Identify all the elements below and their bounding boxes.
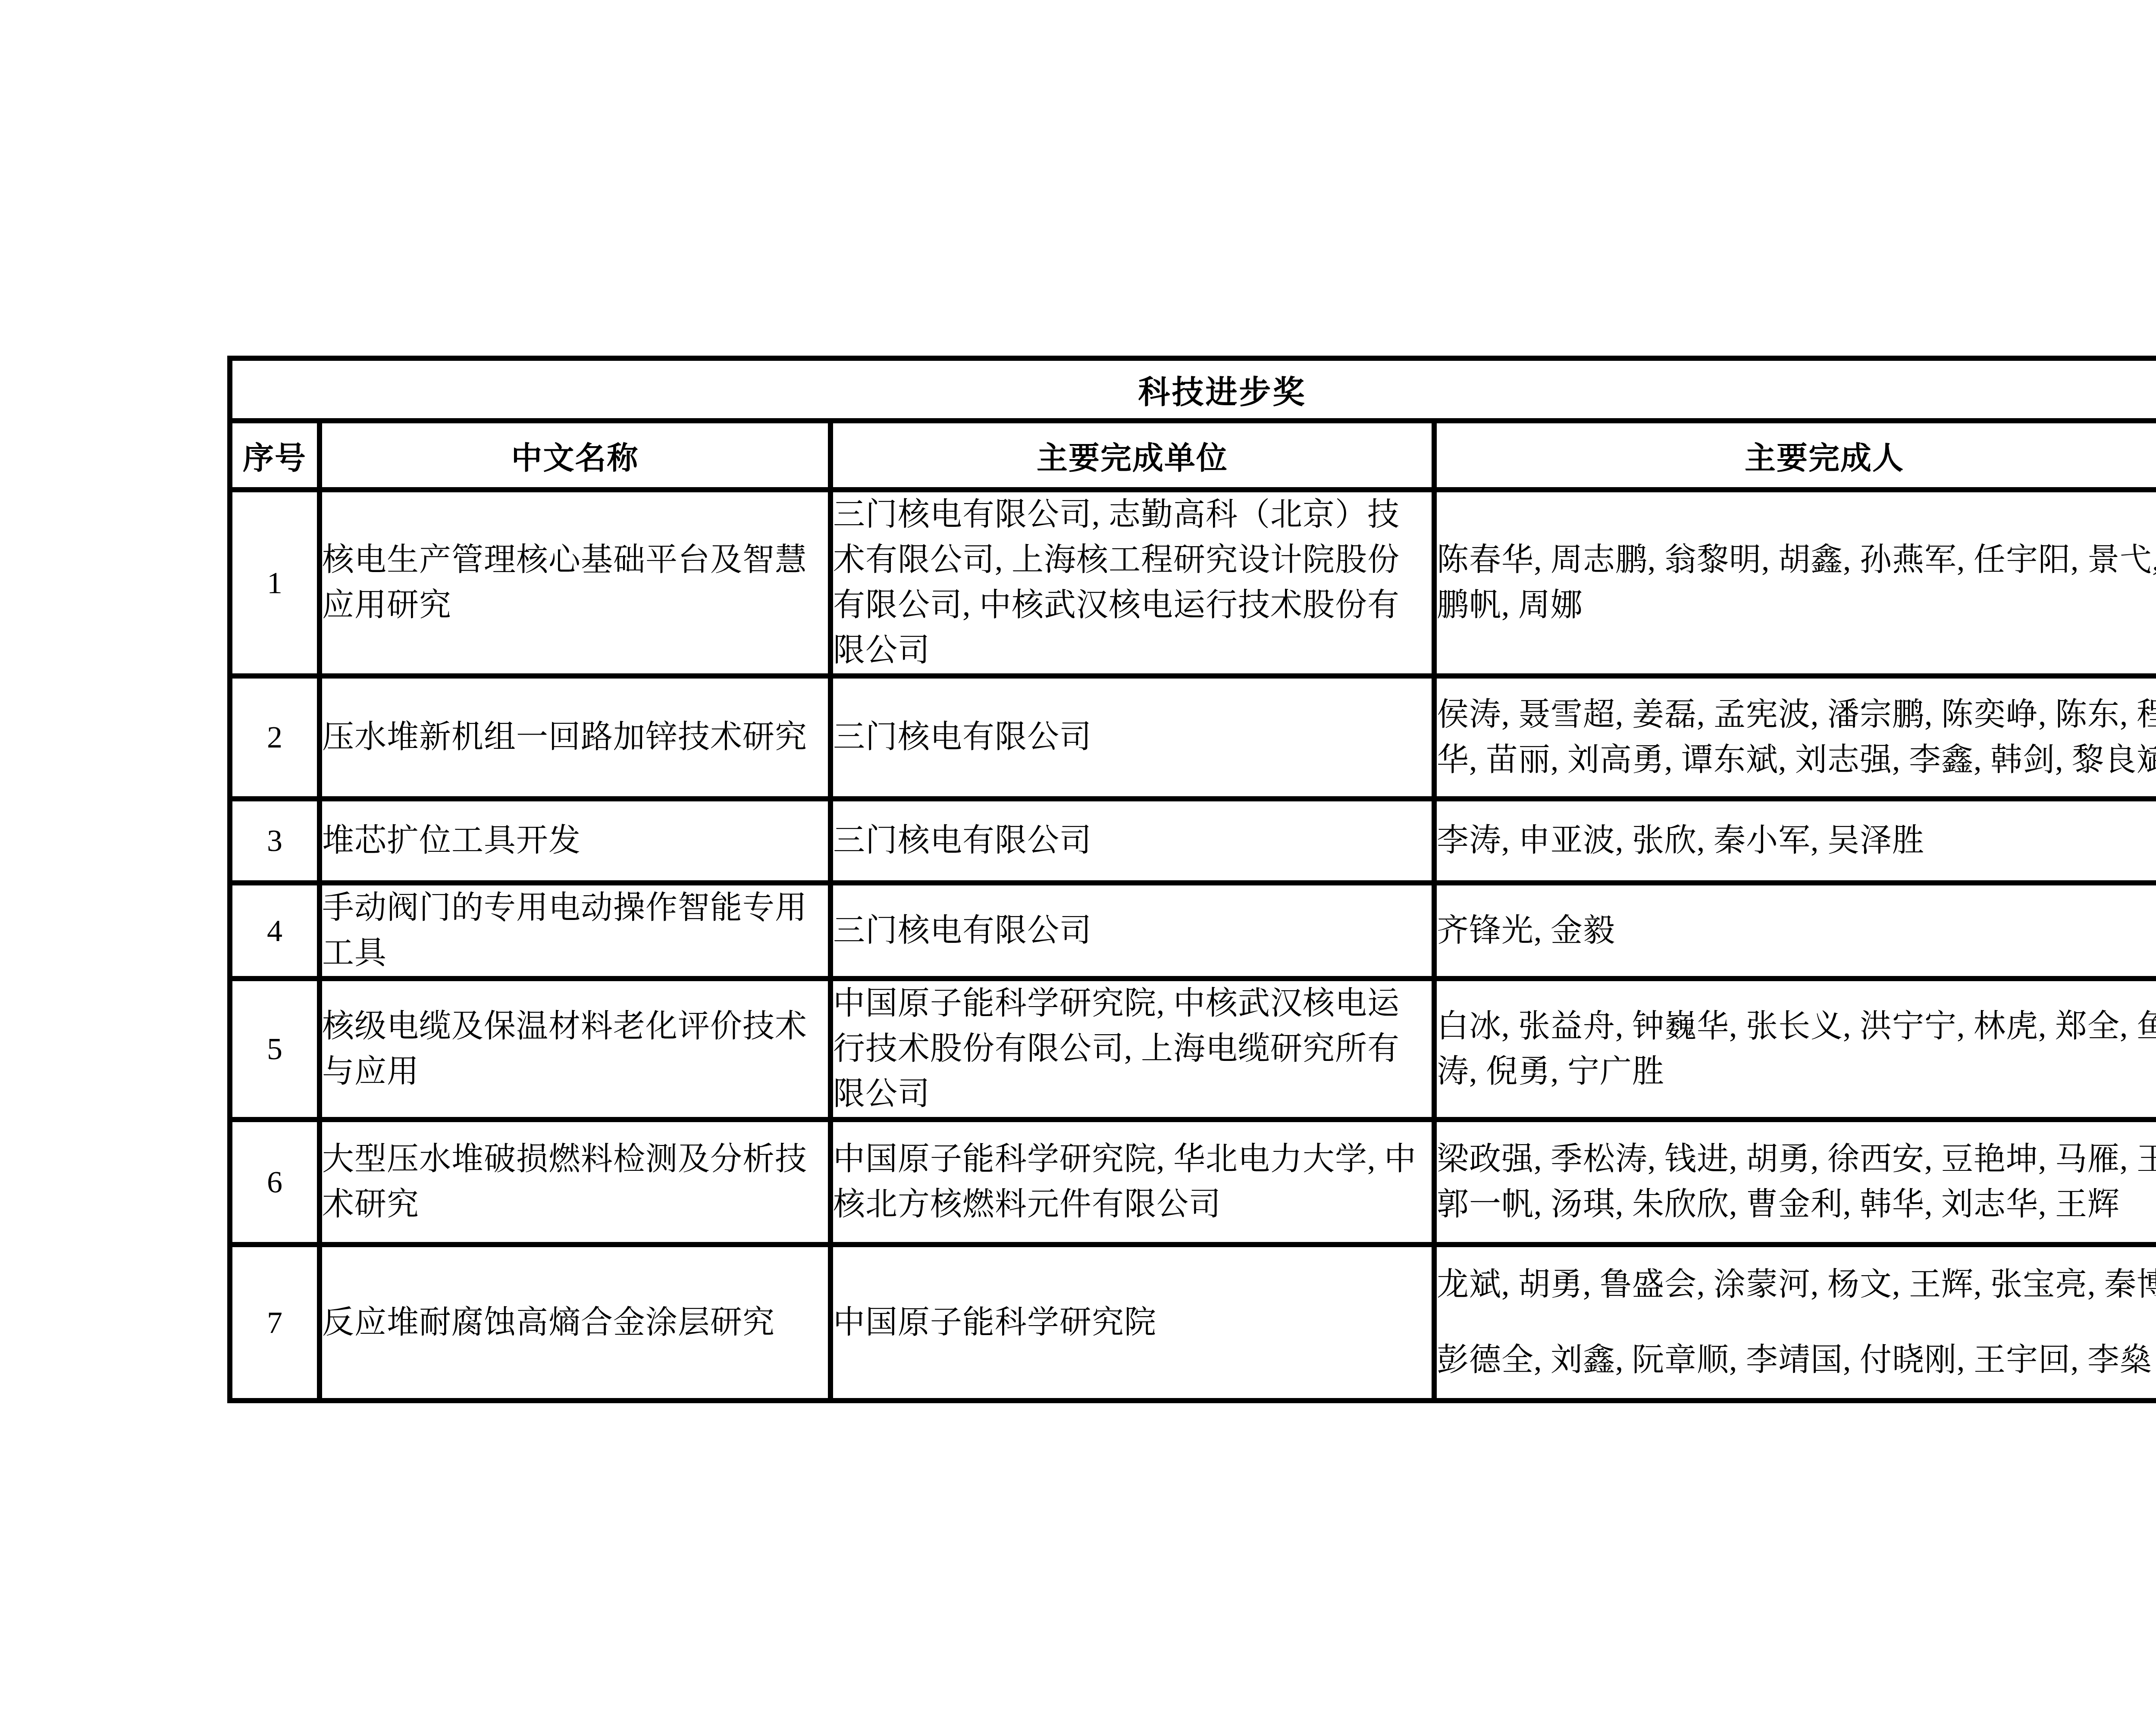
- cell-units: 中国原子能科学研究院, 华北电力大学, 中核北方核燃料元件有限公司: [830, 1120, 1434, 1245]
- cell-serial: 5: [230, 979, 320, 1120]
- col-header-main-units: 主要完成单位: [830, 421, 1434, 490]
- table-row: 6 大型压水堆破损燃料检测及分析技术研究 中国原子能科学研究院, 华北电力大学,…: [230, 1120, 2156, 1245]
- cell-project-name: 核电生产管理核心基础平台及智慧应用研究: [320, 490, 830, 676]
- cell-serial: 6: [230, 1120, 320, 1245]
- cell-project-name: 大型压水堆破损燃料检测及分析技术研究: [320, 1120, 830, 1245]
- cell-serial: 7: [230, 1245, 320, 1401]
- cell-project-name: 压水堆新机组一回路加锌技术研究: [320, 676, 830, 799]
- table-title: 科技进步奖: [230, 358, 2156, 421]
- awards-table: 科技进步奖 序号 中文名称 主要完成单位 主要完成人 1 核电生产管理核心基础平…: [227, 356, 2156, 1403]
- cell-project-name: 手动阀门的专用电动操作智能专用工具: [320, 883, 830, 979]
- cell-people: 侯涛, 聂雪超, 姜磊, 孟宪波, 潘宗鹏, 陈奕峥, 陈东, 程建华, 苗丽,…: [1434, 676, 2156, 799]
- cell-units: 三门核电有限公司: [830, 676, 1434, 799]
- table-row: 1 核电生产管理核心基础平台及智慧应用研究 三门核电有限公司, 志勤高科（北京）…: [230, 490, 2156, 676]
- col-header-serial: 序号: [230, 421, 320, 490]
- cell-units: 中国原子能科学研究院, 中核武汉核电运行技术股份有限公司, 上海电缆研究所有限公…: [830, 979, 1434, 1120]
- table-row: 7 反应堆耐腐蚀高熵合金涂层研究 中国原子能科学研究院 龙斌, 胡勇, 鲁盛会,…: [230, 1245, 2156, 1401]
- cell-people: 梁政强, 季松涛, 钱进, 胡勇, 徐西安, 豆艳坤, 马雁, 王鑫, 郭一帆,…: [1434, 1120, 2156, 1245]
- table-row: 3 堆芯扩位工具开发 三门核电有限公司 李涛, 申亚波, 张欣, 秦小军, 吴泽…: [230, 799, 2156, 883]
- cell-people: 李涛, 申亚波, 张欣, 秦小军, 吴泽胜: [1434, 799, 2156, 883]
- cell-serial: 2: [230, 676, 320, 799]
- cell-serial: 1: [230, 490, 320, 676]
- table-title-row: 科技进步奖: [230, 358, 2156, 421]
- cell-people: 陈春华, 周志鹏, 翁黎明, 胡鑫, 孙燕军, 任宇阳, 景弋, 包鹏帆, 周娜: [1434, 490, 2156, 676]
- cell-people: 龙斌, 胡勇, 鲁盛会, 涂蒙河, 杨文, 王辉, 张宝亮, 秦博, 彭德全, …: [1434, 1245, 2156, 1401]
- cell-people: 白冰, 张益舟, 钟巍华, 张长义, 洪宁宁, 林虎, 郑全, 鱼滨涛, 倪勇,…: [1434, 979, 2156, 1120]
- cell-people: 齐锋光, 金毅: [1434, 883, 2156, 979]
- cell-project-name: 核级电缆及保温材料老化评价技术与应用: [320, 979, 830, 1120]
- table-row: 5 核级电缆及保温材料老化评价技术与应用 中国原子能科学研究院, 中核武汉核电运…: [230, 979, 2156, 1120]
- table-header-row: 序号 中文名称 主要完成单位 主要完成人: [230, 421, 2156, 490]
- cell-units: 中国原子能科学研究院: [830, 1245, 1434, 1401]
- cell-units: 三门核电有限公司: [830, 799, 1434, 883]
- cell-project-name: 堆芯扩位工具开发: [320, 799, 830, 883]
- table-row: 4 手动阀门的专用电动操作智能专用工具 三门核电有限公司 齐锋光, 金毅: [230, 883, 2156, 979]
- cell-units: 三门核电有限公司: [830, 883, 1434, 979]
- cell-units: 三门核电有限公司, 志勤高科（北京）技术有限公司, 上海核工程研究设计院股份有限…: [830, 490, 1434, 676]
- col-header-main-people: 主要完成人: [1434, 421, 2156, 490]
- cell-serial: 3: [230, 799, 320, 883]
- col-header-chinese-name: 中文名称: [320, 421, 830, 490]
- cell-project-name: 反应堆耐腐蚀高熵合金涂层研究: [320, 1245, 830, 1401]
- table-row: 2 压水堆新机组一回路加锌技术研究 三门核电有限公司 侯涛, 聂雪超, 姜磊, …: [230, 676, 2156, 799]
- cell-serial: 4: [230, 883, 320, 979]
- document-page: 科技进步奖 序号 中文名称 主要完成单位 主要完成人 1 核电生产管理核心基础平…: [0, 0, 2156, 1711]
